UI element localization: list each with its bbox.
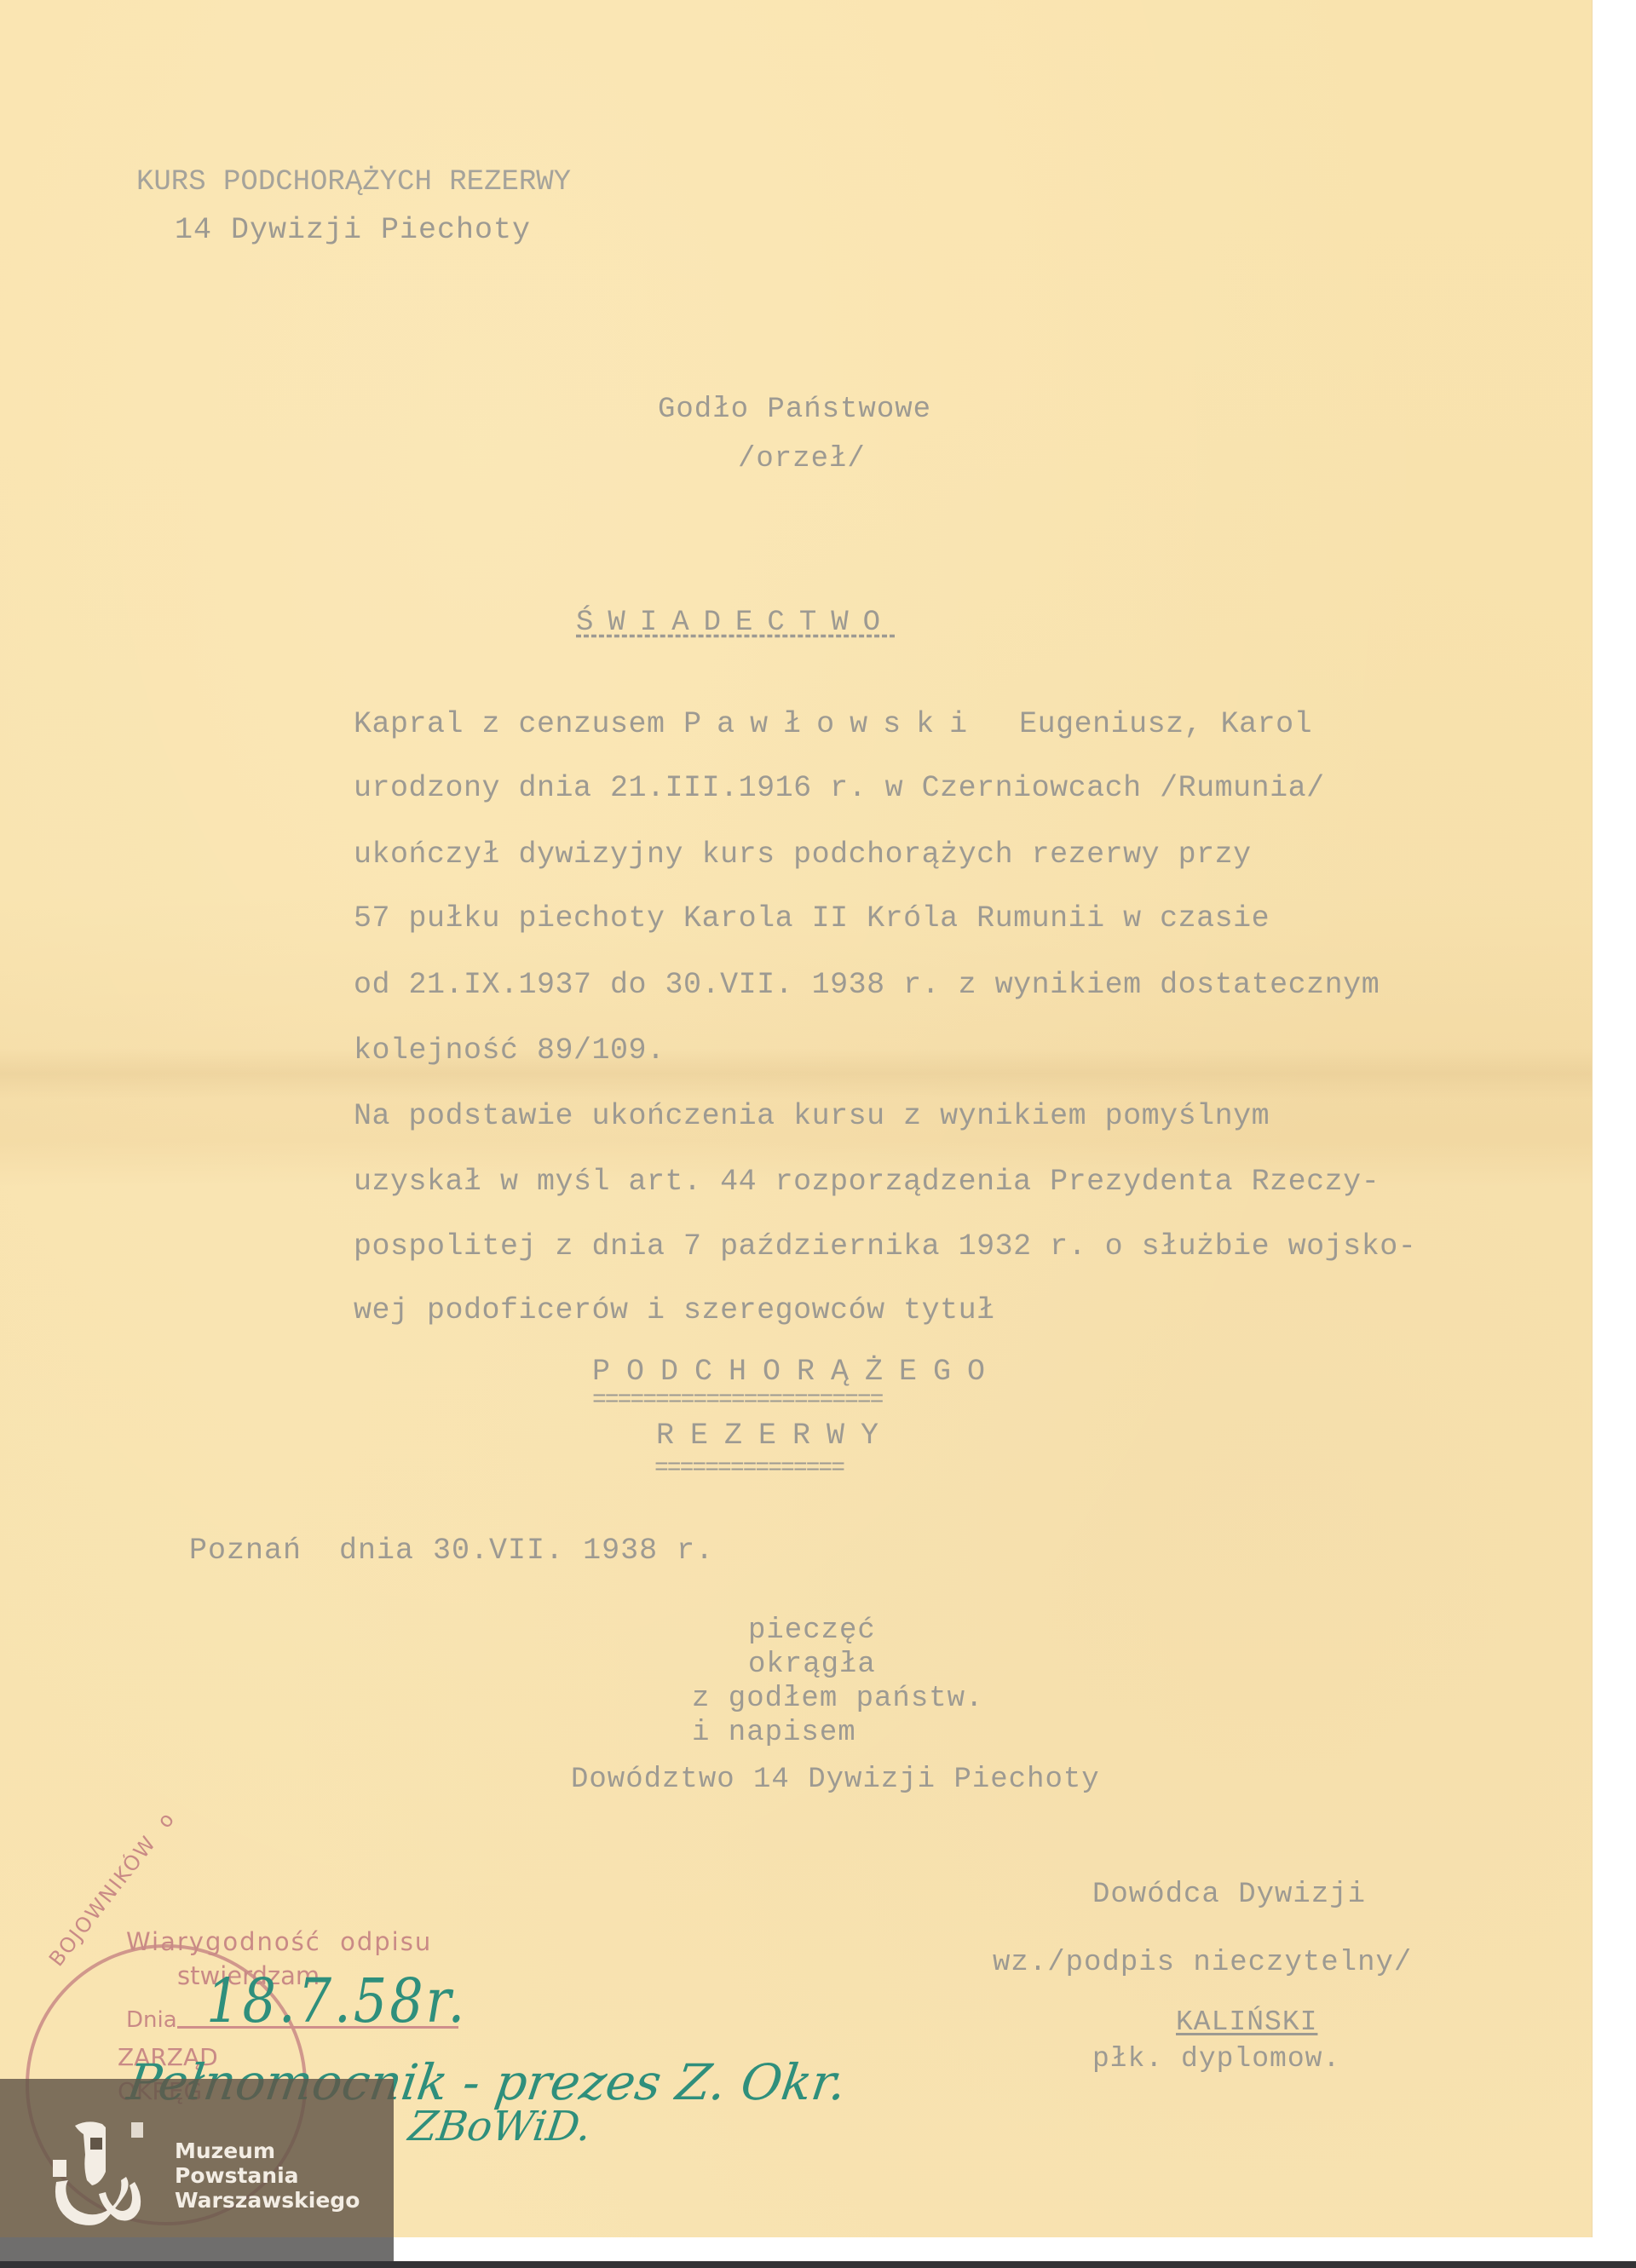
signature-note: wz./podpis nieczytelny/ (993, 1947, 1412, 1979)
kotwica-icon (49, 2117, 152, 2228)
body-line-10: wej podoficerów i szeregowców tytuł (354, 1293, 995, 1327)
seal-note-5: Dowództwo 14 Dywizji Piechoty (571, 1764, 1100, 1796)
body-surname: Pawłowski (683, 707, 982, 741)
paper-fold (0, 1048, 1592, 1099)
rank-rule-2: =============== (654, 1455, 844, 1482)
body-line-8: uzyskał w myśl art. 44 rozporządzenia Pr… (354, 1165, 1380, 1199)
seal-note-1: pieczęć (748, 1615, 876, 1647)
rank-rule-1: ======================= (592, 1387, 882, 1413)
handwritten-signature-2: ZBoWiD. (406, 2103, 594, 2150)
place-date: Poznań dnia 30.VII. 1938 r. (189, 1534, 714, 1568)
emblem-note: Godło Państwowe (658, 394, 931, 426)
museum-name-line-2: Powstania (175, 2163, 360, 2188)
seal-note-3: z godłem państw. (692, 1683, 983, 1715)
emblem-description: /orzeł/ (738, 443, 866, 475)
seal-note-4: i napisem (692, 1717, 856, 1749)
museum-name-line-3: Warszawskiego (175, 2188, 360, 2213)
header-division: 14 Dywizji Piechoty (175, 213, 531, 247)
body-line-7: Na podstawie ukończenia kursu z wynikiem… (354, 1099, 1270, 1133)
bottom-edge (0, 2261, 1636, 2268)
body-line-2: urodzony dnia 21.III.1916 r. w Czerniowc… (354, 771, 1325, 805)
body-line-3: ukończył dywizyjny kurs podchorążych rez… (354, 838, 1252, 872)
rank-title: PODCHORĄŻEGO (592, 1355, 1001, 1389)
stamp-certification-line-1: Wiarygodność odpisu (126, 1927, 432, 1956)
seal-note-2: okrągła (748, 1649, 876, 1681)
body-line-6: kolejność 89/109. (354, 1033, 665, 1068)
museum-name: Muzeum Powstania Warszawskiego (175, 2138, 360, 2213)
signatory-name: KALIŃSKI (1176, 2006, 1317, 2038)
body-line-1: Kapral z cenzusem Pawłowski Eugeniusz, K… (354, 707, 1312, 741)
signatory-rank: płk. dyplomow. (1092, 2043, 1340, 2075)
document-title: ŚWIADECTWO (576, 607, 895, 639)
handwritten-date: 18.7.58r. (206, 1966, 467, 2037)
body-line-5: od 21.IX.1937 do 30.VII. 1938 r. z wynik… (354, 968, 1380, 1002)
body-line-4: 57 pułku piechoty Karola II Króla Rumuni… (354, 901, 1270, 935)
document-page: KURS PODCHORĄŻYCH REZERWY 14 Dywizji Pie… (0, 0, 1592, 2237)
body-rank: Kapral z cenzusem (354, 707, 683, 741)
stamp-date-label: Dnia (126, 2007, 177, 2033)
rank-subtitle: REZERWY (656, 1419, 895, 1453)
header-institution: KURS PODCHORĄŻYCH REZERWY (136, 166, 571, 199)
signature-title: Dowódca Dywizji (1092, 1879, 1366, 1911)
body-given-names: Eugeniusz, Karol (982, 707, 1312, 741)
body-line-9: pospolitej z dnia 7 października 1932 r.… (354, 1229, 1416, 1264)
museum-name-line-1: Muzeum (175, 2138, 360, 2163)
